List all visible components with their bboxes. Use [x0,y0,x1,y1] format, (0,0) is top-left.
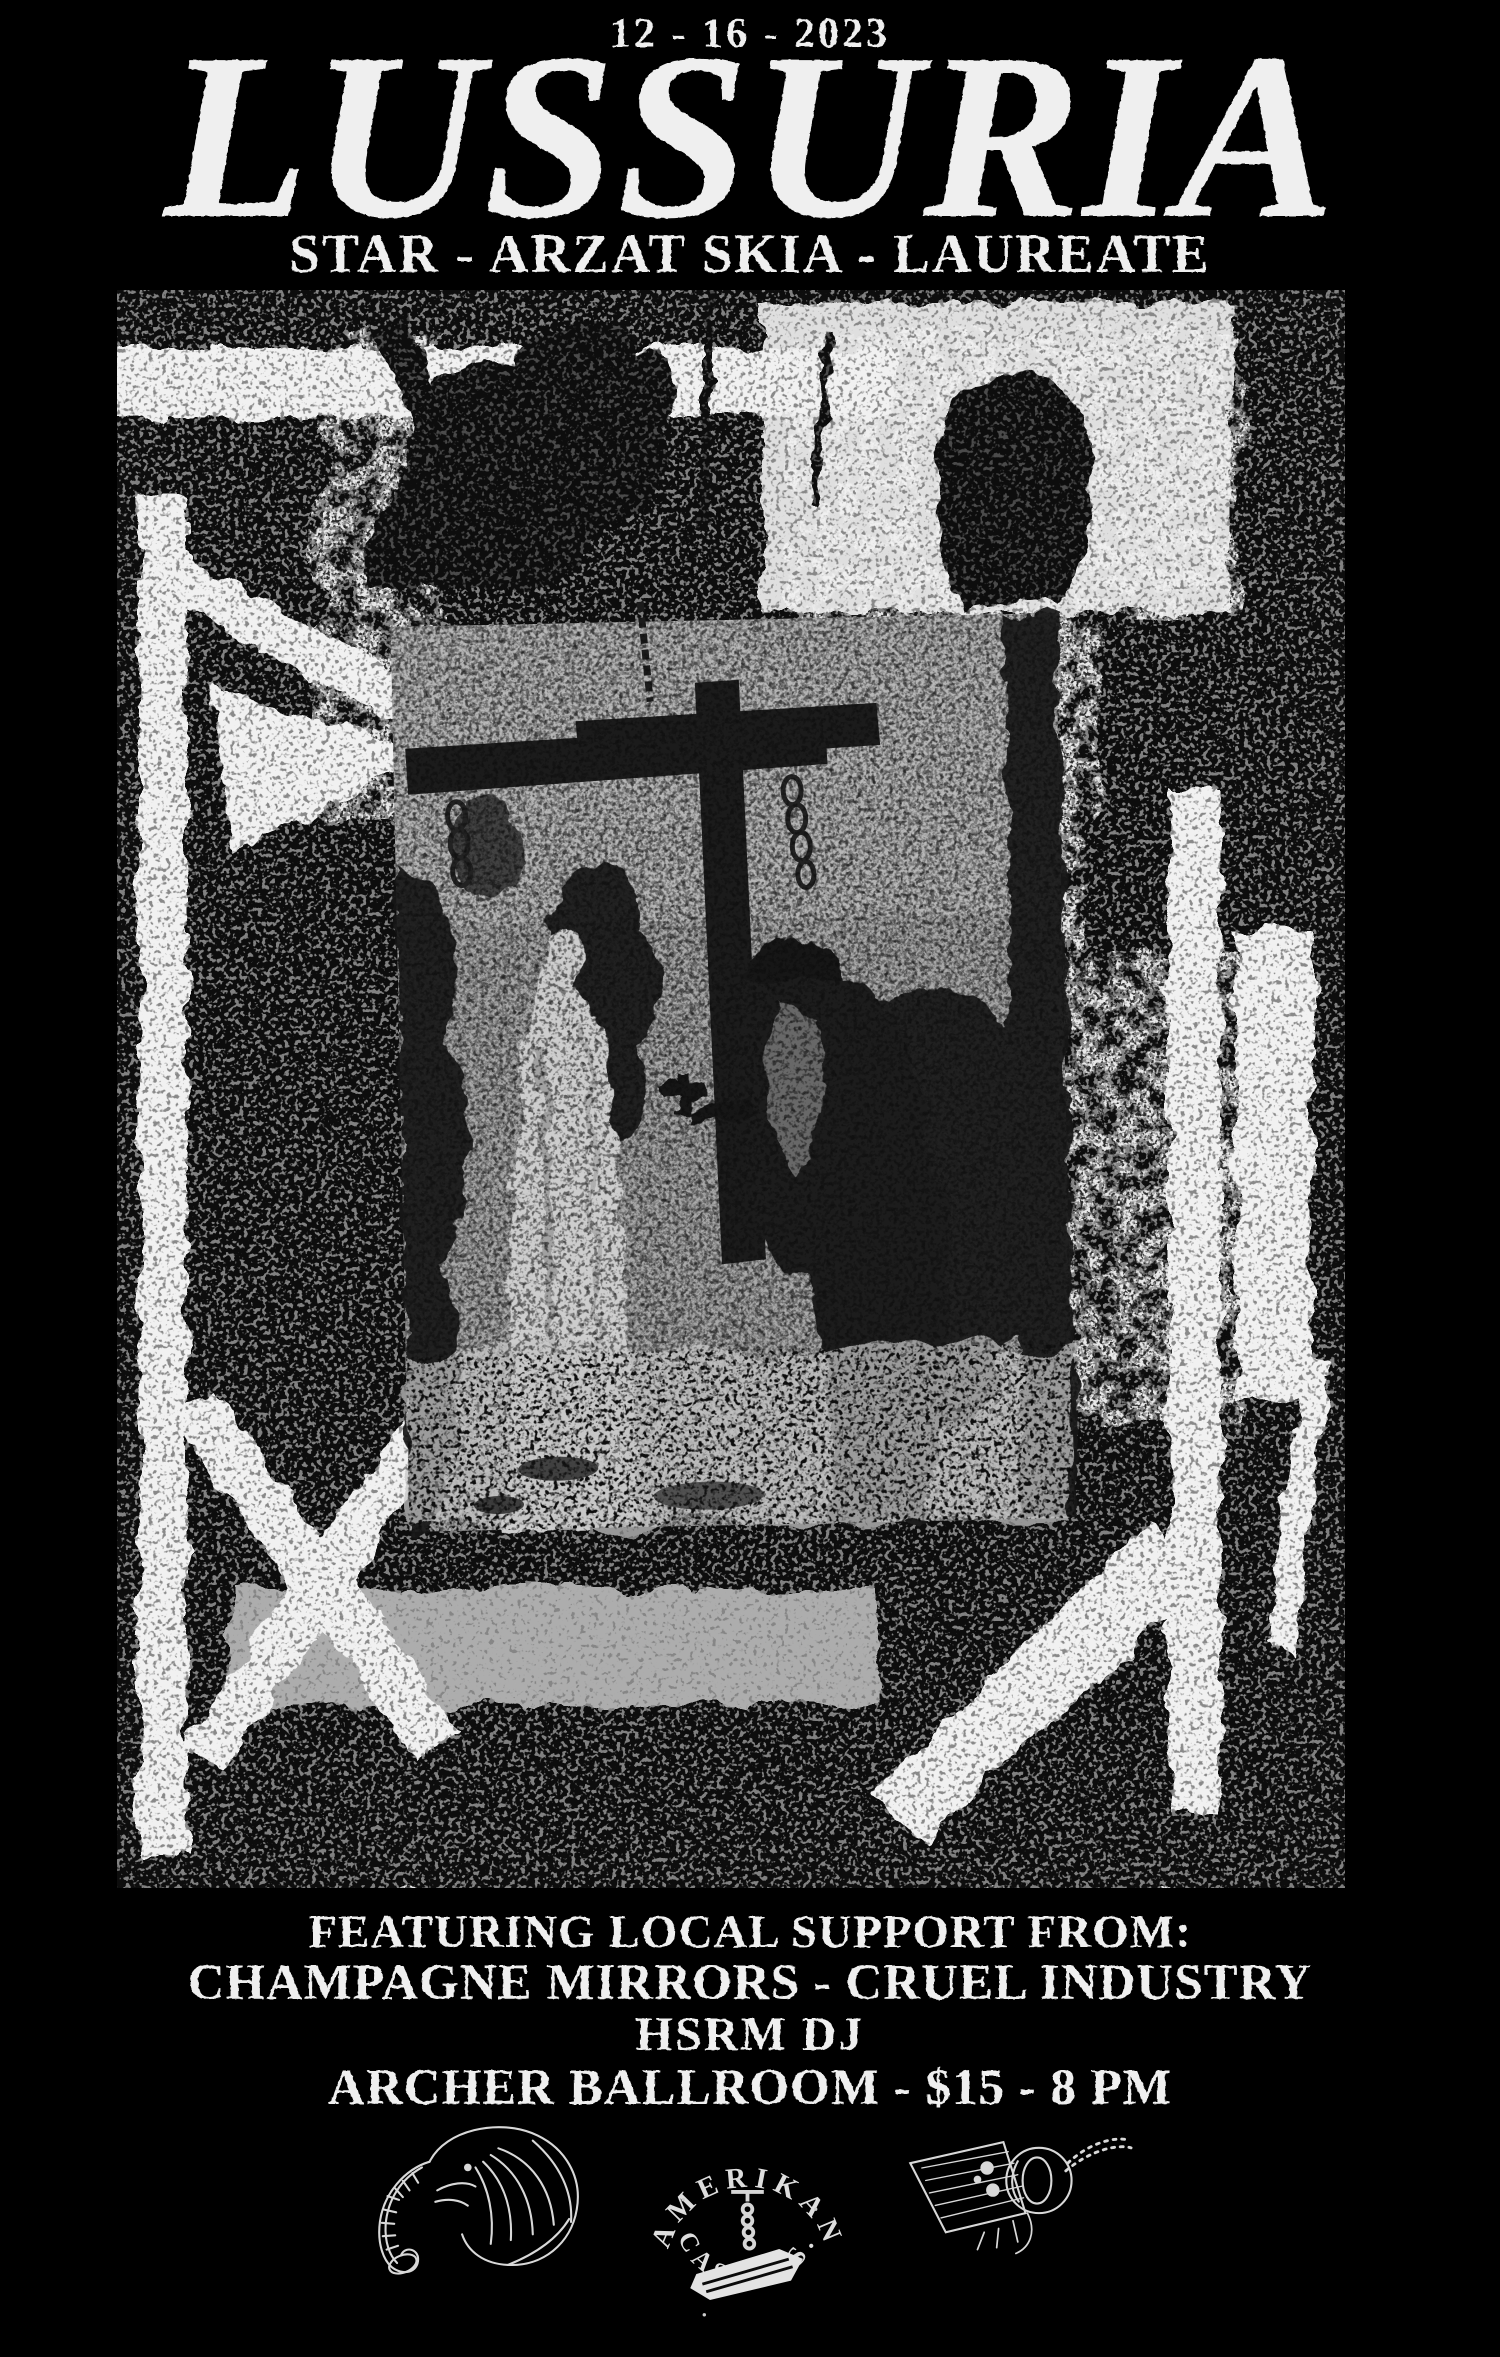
collage-canvas [117,290,1345,1888]
elephant-head-icon [352,2112,597,2284]
dj-line: HSRM DJ [0,2007,1500,2062]
gig-poster: 12 - 16 - 2023 LUSSURIA STAR - ARZAT SKI… [0,0,1500,2357]
headliner-title: LUSSURIA [0,18,1500,256]
venue-price-time-line: ARCHER BALLROOM - $15 - 8 PM [0,2059,1500,2117]
hanging-coffin-seal-icon: AMERIKAN CASKETS. [645,2142,850,2334]
direct-support-line: STAR - ARZAT SKIA - LAUREATE [0,222,1500,285]
local-support-line: CHAMPAGNE MIRRORS - CRUEL INDUSTRY [0,1954,1500,2012]
final-grain-layer [117,290,1345,1888]
featuring-heading: FEATURING LOCAL SUPPORT FROM: [0,1905,1500,1959]
grotesque-creature-icon [893,2124,1133,2260]
xerox-collage-artwork [117,290,1345,1888]
